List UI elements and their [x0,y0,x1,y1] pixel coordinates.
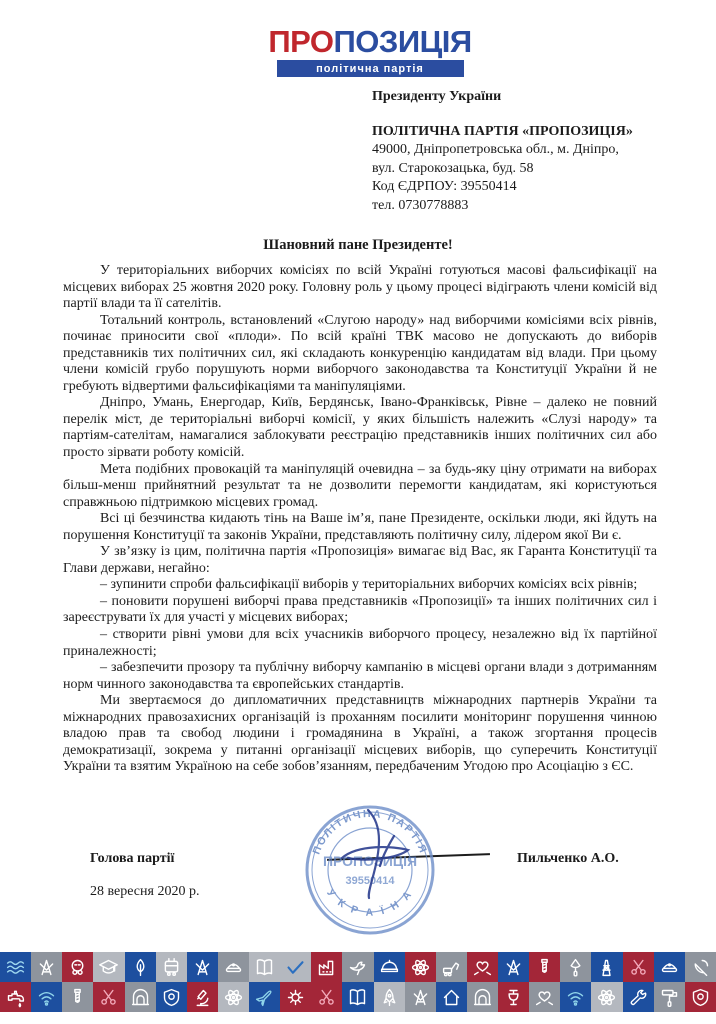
heart-hands-icon [529,982,560,1012]
captain-hat-icon [654,952,685,982]
paragraph: – створити рівні умови для всіх учасникі… [63,627,657,660]
shield-icon [685,982,716,1012]
paragraph: Тотальний контроль, встановлений «Слугою… [63,313,657,396]
salutation: Шановний пане Президенте! [0,237,716,254]
masonic-compass-icon [187,952,218,982]
rocket-icon [374,982,405,1012]
captain-hat-icon [218,952,249,982]
pharmacy-icon [498,982,529,1012]
home-icon [436,982,467,1012]
microscope-icon [187,982,218,1012]
party-logo-subtitle: політична партія [316,63,424,75]
open-book-icon [342,982,373,1012]
dove-icon [342,952,373,982]
masonic-compass-icon [498,952,529,982]
masonic-compass-icon [31,952,62,982]
logo-word-part2: ПОЗИЦІЯ [334,24,472,59]
sender-edrpou: Код ЄДРПОУ: 39550414 [372,178,633,197]
sender-party-name: ПОЛІТИЧНА ПАРТІЯ «ПРОПОЗИЦІЯ» [372,123,633,142]
screw-icon [529,952,560,982]
open-book-icon [249,952,280,982]
paragraph: Мета подібних провокацій та маніпуляцій … [63,462,657,512]
atom-icon [218,982,249,1012]
checkmark-icon [280,952,311,982]
scissors-icon [623,952,654,982]
sender-address-line2: вул. Старокозацька, буд. 58 [372,160,633,179]
party-logo: ПРОПОЗИЦІЯ політична партія [0,26,716,77]
stamp-arc-top-text: ПОЛІТИЧНА ПАРТІЯ [311,808,430,856]
party-stamp: ПОЛІТИЧНА ПАРТІЯ У К Р А Ї Н А ПРОПОЗИЦІ… [298,792,443,942]
paragraph: – зупинити спроби фальсифікації виборів … [63,577,657,594]
sender-address-line1: 49000, Дніпропетровська обл., м. Дніпро, [372,141,633,160]
shield-icon [156,982,187,1012]
signature-name: Пильченко А.О. [517,851,619,867]
tunnel-icon [467,982,498,1012]
wifi-icon [31,982,62,1012]
wrench-icon [623,982,654,1012]
power-tower-icon [591,952,622,982]
hard-hat-icon [374,952,405,982]
recipient-line: Президенту України [372,88,633,107]
factory-icon [311,952,342,982]
svg-text:ПОЛІТИЧНА ПАРТІЯ: ПОЛІТИЧНА ПАРТІЯ [311,808,430,856]
paragraph: У зв’язку із цим, політична партія «Проп… [63,544,657,577]
atom-icon [591,982,622,1012]
tunnel-icon [125,982,156,1012]
footer-tile-row [0,982,716,1012]
scissors-icon [311,982,342,1012]
party-logo-subtitle-bar: політична партія [277,60,464,77]
heart-hands-icon [467,952,498,982]
sender-phone: тел. 0730778883 [372,197,633,216]
signature-date: 28 вересня 2020 р. [90,884,199,900]
waves-icon [0,952,31,982]
excavator-icon [436,952,467,982]
scissors-icon [93,982,124,1012]
screw-icon [62,982,93,1012]
paragraph: У територіальних виборчих комісіях по вс… [63,263,657,313]
satellite-dish-icon [685,952,716,982]
gear-icon [280,982,311,1012]
faucet-icon [0,982,31,1012]
tree-icon [125,952,156,982]
letter-page: ПРОПОЗИЦІЯ політична партія Президенту У… [0,0,716,1024]
graduation-cap-icon [93,952,124,982]
paragraph: – забезпечити прозору та публічну виборч… [63,660,657,693]
party-logo-wordmark: ПРОПОЗИЦІЯ [0,26,716,57]
paint-roller-icon [654,982,685,1012]
plane-icon [249,982,280,1012]
wifi-icon [560,982,591,1012]
stamp-center-name: ПРОПОЗИЦІЯ [323,853,417,869]
signature-role: Голова партії [90,851,174,867]
paragraph: – поновити порушені виборчі права предст… [63,594,657,627]
paragraph: Всі ці безчинства кидають тінь на Ваше і… [63,511,657,544]
footer-tile-row [0,952,716,982]
letter-body: У територіальних виборчих комісіях по вс… [63,263,657,776]
logo-word-part1: ПРО [268,24,333,59]
masonic-compass-icon [405,982,436,1012]
paragraph: Дніпро, Умань, Енергодар, Київ, Бердянсь… [63,395,657,461]
atom-icon [405,952,436,982]
trolleybus-icon [156,952,187,982]
paragraph: Ми звертаємося до дипломатичних представ… [63,693,657,776]
gas-mask-icon [62,952,93,982]
trowel-icon [560,952,591,982]
recipient-block: Президенту України ПОЛІТИЧНА ПАРТІЯ «ПРО… [372,88,633,215]
footer-icon-strip [0,952,716,1012]
